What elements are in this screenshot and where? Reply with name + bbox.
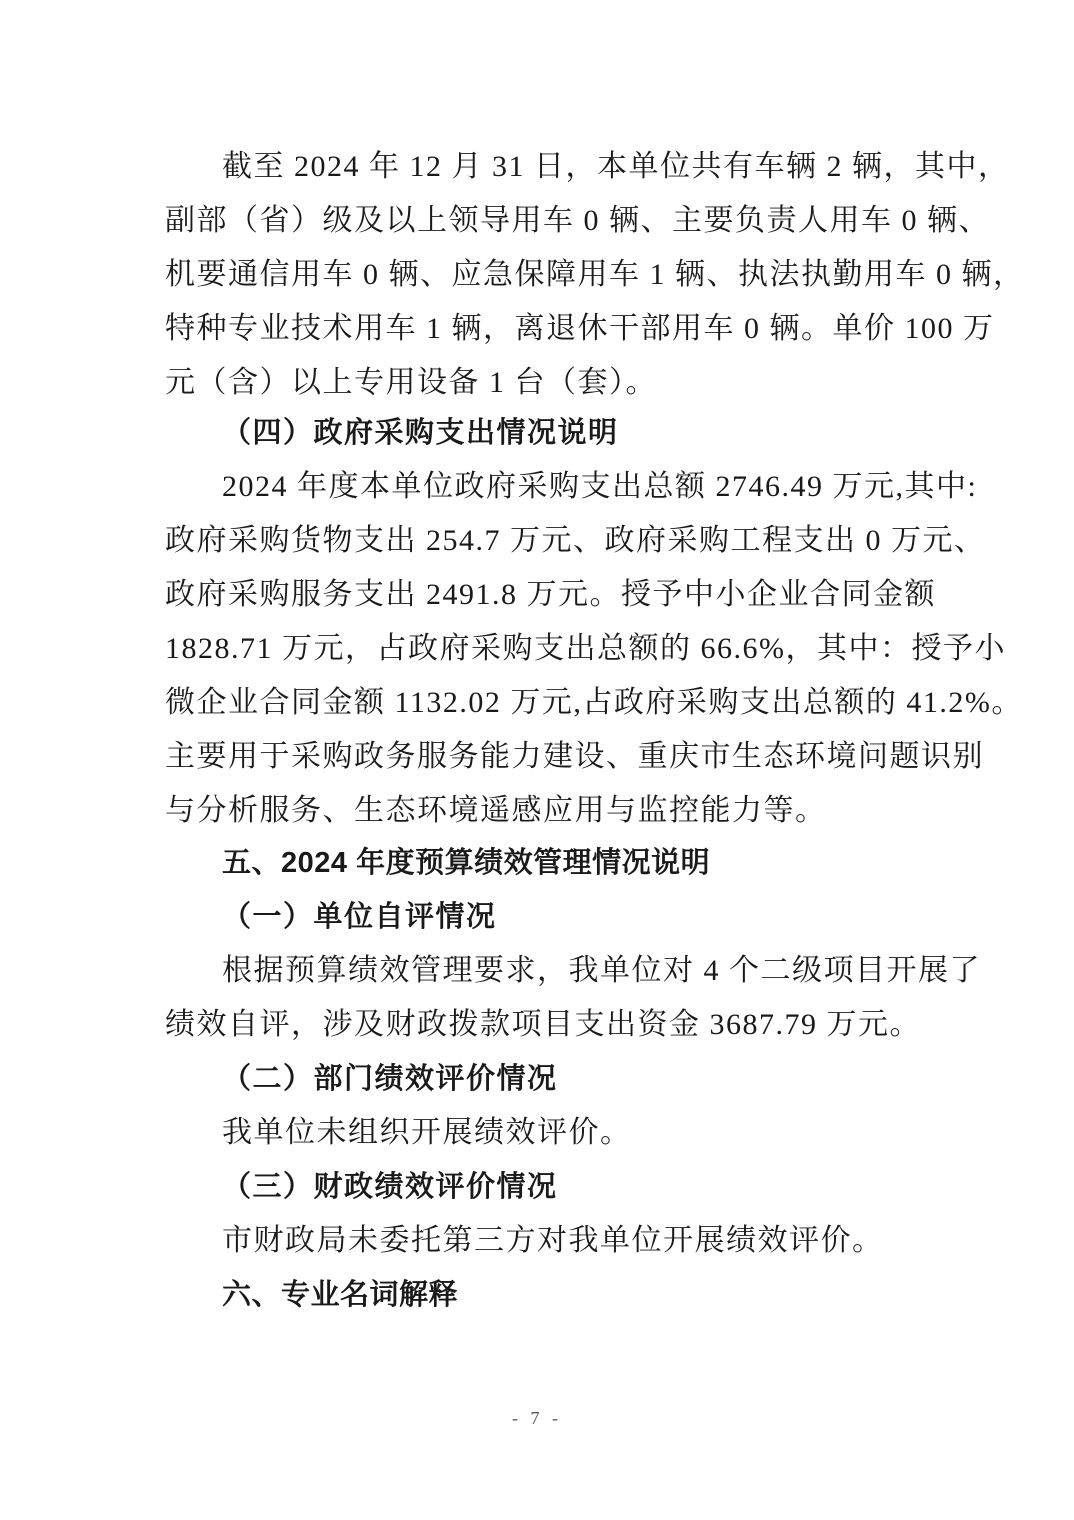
paragraph-line: 元（含）以上专用设备 1 台（套）。 bbox=[165, 363, 925, 403]
chapter-heading: 六、专业名词解释 bbox=[222, 1275, 982, 1315]
paragraph-line: 特种专业技术用车 1 辆，离退休干部用车 0 辆。单价 100 万 bbox=[165, 309, 925, 349]
paragraph-line: 1828.71 万元，占政府采购支出总额的 66.6%，其中：授予小 bbox=[165, 629, 925, 669]
paragraph-line: 市财政局未委托第三方对我单位开展绩效评价。 bbox=[222, 1221, 982, 1261]
paragraph-line: 副部（省）级及以上领导用车 0 辆、主要负责人用车 0 辆、 bbox=[165, 201, 925, 241]
paragraph-line: 我单位未组织开展绩效评价。 bbox=[222, 1113, 982, 1153]
section-heading: （一）单位自评情况 bbox=[222, 897, 982, 937]
section-heading: （三）财政绩效评价情况 bbox=[222, 1167, 982, 1207]
paragraph-line: 政府采购服务支出 2491.8 万元。授予中小企业合同金额 bbox=[165, 575, 925, 615]
paragraph-line: 绩效自评，涉及财政拨款项目支出资金 3687.79 万元。 bbox=[165, 1005, 925, 1045]
paragraph-line: 微企业合同金额 1132.02 万元,占政府采购支出总额的 41.2%。 bbox=[165, 683, 925, 723]
paragraph-line: 2024 年度本单位政府采购支出总额 2746.49 万元,其中: bbox=[222, 467, 982, 507]
paragraph-line: 与分析服务、生态环境遥感应用与监控能力等。 bbox=[165, 791, 925, 831]
paragraph-line: 机要通信用车 0 辆、应急保障用车 1 辆、执法执勤用车 0 辆， bbox=[165, 255, 925, 295]
paragraph-line: 截至 2024 年 12 月 31 日，本单位共有车辆 2 辆，其中， bbox=[222, 147, 982, 187]
paragraph-line: 政府采购货物支出 254.7 万元、政府采购工程支出 0 万元、 bbox=[165, 521, 925, 561]
paragraph-line: 根据预算绩效管理要求，我单位对 4 个二级项目开展了 bbox=[222, 951, 982, 991]
paragraph-line: 主要用于采购政务服务能力建设、重庆市生态环境问题识别 bbox=[165, 737, 925, 777]
page-number: - 7 - bbox=[0, 1408, 1074, 1429]
section-heading: （二）部门绩效评价情况 bbox=[222, 1059, 982, 1099]
section-heading: （四）政府采购支出情况说明 bbox=[222, 413, 982, 453]
document-page: 截至 2024 年 12 月 31 日，本单位共有车辆 2 辆，其中， 副部（省… bbox=[0, 0, 1074, 1520]
chapter-heading: 五、2024 年度预算绩效管理情况说明 bbox=[222, 843, 982, 883]
